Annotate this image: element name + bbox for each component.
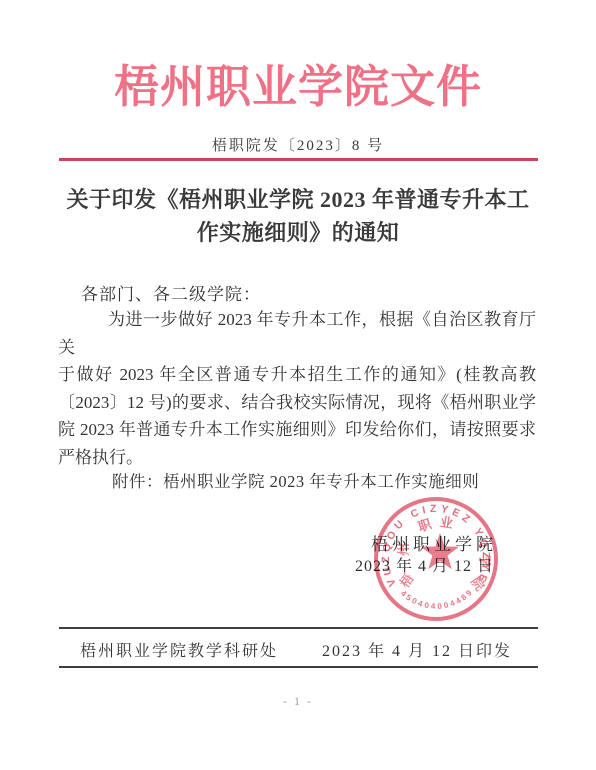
document-title-line1: 关于印发《梧州职业学院 2023 年普通专升本工 [48,183,548,216]
body-line: 院 2023 年普通专升本工作实施细则》印发给你们，请按照要求 [58,416,536,444]
body-line: 严格执行。 [58,444,536,472]
body-paragraph: 为进一步做好 2023 年专升本工作，根据《自治区教育厅关 于做好 2023 年… [58,306,536,471]
footer-issuing-office: 梧州职业学院教学科研处 [80,638,278,661]
red-header-rule [59,158,538,161]
body-line: 为进一步做好 2023 年专升本工作，根据《自治区教育厅关 [58,306,536,361]
salutation: 各部门、各二级学院： [81,280,261,305]
seal-inner-char: 州 [396,543,411,556]
document-header-title: 梧州职业学院文件 [0,50,596,115]
document-title: 关于印发《梧州职业学院 2023 年普通专升本工 作实施细则》的通知 [48,183,548,249]
document-title-line2: 作实施细则》的通知 [48,216,548,249]
seal-inner-char: 业 [439,514,454,531]
footer-row: 梧州职业学院教学科研处 2023 年 4 月 12 日印发 [80,638,512,661]
seal-inner-char: 梧 [397,571,417,590]
seal-inner-char: 职 [416,516,434,535]
document-number: 梧职院发〔2023〕8 号 [0,134,596,155]
page-number: - 1 - [0,694,596,709]
footer-rule-bottom [59,666,538,668]
seal-star-icon [421,533,459,569]
body-line: 〔2023〕12 号)的要求、结合我校实际情况，现将《梧州职业学 [58,389,536,417]
seal-ring-text: VUZQOU CIZYEZ YQZYEN [366,489,492,588]
seal-inner-char: 学 [477,554,492,567]
body-line: 于做好 2023 年全区普通专升本招生工作的通知》(桂教高教 [58,361,536,389]
scanned-document-page: 梧州职业学院文件 梧职院发〔2023〕8 号 关于印发《梧州职业学院 2023 … [0,0,596,770]
official-seal-stamp: VUZQOU CIZYEZ YQZYEN 450404004489 职 业 州 … [366,489,506,629]
footer-print-date: 2023 年 4 月 12 日印发 [322,638,512,661]
seal-serial-number: 450404004489 [399,587,475,611]
